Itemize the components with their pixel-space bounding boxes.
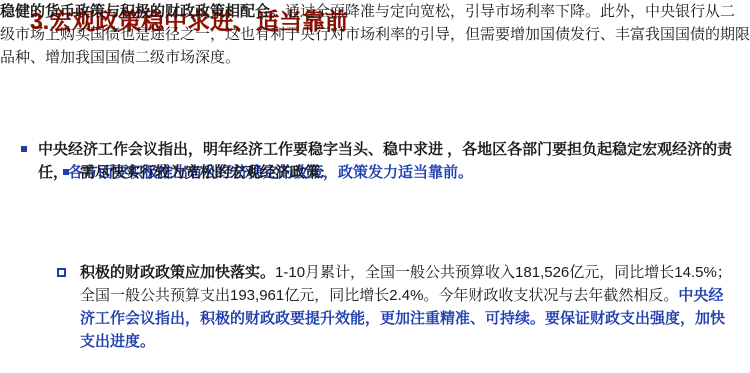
hollow-square-bullet-icon — [57, 268, 66, 277]
text-segment: 稳健的货币政策与积极的财政政策相配合。 — [0, 3, 285, 20]
filled-square-bullet-icon — [63, 169, 69, 175]
bullet-item: 需尽快实行较为宽松的宏观经济政策: — [80, 161, 738, 184]
sub-bullet-item: 积极的财政政策应加快落实。1-10月累计，全国一般公共预算收入181,526亿元… — [80, 261, 738, 353]
sub-bullet-item: 稳健的货币政策与积极的财政政策相配合。通过全面降准与定向宽松，引导市场利率下降。… — [0, 0, 750, 69]
slide: 3.宏观政策稳中求进、适当靠前 中央经济工作会议指出，明年经济工作要稳字当头、稳… — [0, 0, 750, 373]
bullet-text: 需尽快实行较为宽松的宏观经济政策: — [80, 164, 325, 181]
bullet-text: 积极的财政政策应加快落实。1-10月累计，全国一般公共预算收入181,526亿元… — [80, 264, 732, 350]
filled-square-bullet-icon — [21, 146, 27, 152]
text-segment: 需尽快实行较为宽松的宏观经济政策: — [80, 164, 325, 181]
bullet-text: 稳健的货币政策与积极的财政政策相配合。通过全面降准与定向宽松，引导市场利率下降。… — [0, 3, 750, 66]
text-segment: 积极的财政政策应加快落实。 — [80, 264, 275, 281]
